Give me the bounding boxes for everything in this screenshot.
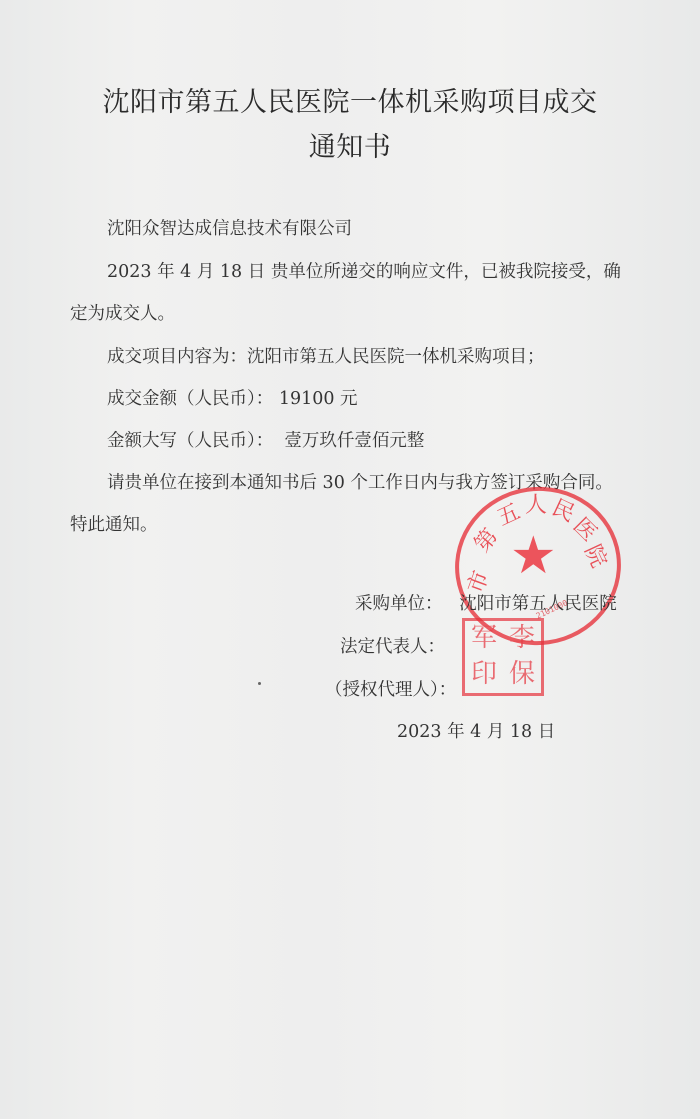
project-content: 成交项目内容为：沈阳市第五人民医院一体机采购项目； xyxy=(107,343,545,368)
seal-square-char: 军 xyxy=(465,621,503,657)
purchaser-row: 采购单位： 沈阳市第五人民医院 xyxy=(355,590,617,615)
agent-label: （授权代理人）： xyxy=(325,676,456,701)
paragraph1-line1: 2023 年 4 月 18 日 贵单位所递交的响应文件，已被我院接受，确 xyxy=(107,258,621,283)
signature-date: 2023 年 4 月 18 日 xyxy=(397,718,555,743)
speck xyxy=(258,682,261,685)
recipient-name: 沈阳众智达成信息技术有限公司 xyxy=(107,215,352,240)
paragraph1-line2: 定为成交人。 xyxy=(70,300,175,325)
seal-star-icon: ★ xyxy=(510,530,557,582)
document-title-line1: 沈阳市第五人民医院一体机采购项目成交 xyxy=(0,80,700,119)
amount-label: 成交金额（人民币）： xyxy=(107,389,273,409)
document-title-line2: 通知书 xyxy=(0,125,700,164)
closing-text: 特此通知。 xyxy=(70,511,158,536)
purchaser-value: 沈阳市第五人民医院 xyxy=(459,594,617,614)
legal-rep-label: 法定代表人： xyxy=(340,633,445,658)
amount-words-label: 金额大写（人民币）： xyxy=(107,431,273,451)
seal-square-char: 保 xyxy=(503,657,541,693)
seal-square-char: 李 xyxy=(503,621,541,657)
document-page: 沈阳市第五人民医院一体机采购项目成交 通知书 沈阳众智达成信息技术有限公司 20… xyxy=(0,0,700,1119)
purchaser-label: 采购单位： xyxy=(355,594,443,614)
project-content-label: 成交项目内容为： xyxy=(107,347,247,367)
amount-words-value: 壹万玖仟壹佰元整 xyxy=(284,431,424,451)
seal-char: 人 xyxy=(525,488,547,519)
amount-row: 成交金额（人民币）： 19100 元 xyxy=(107,385,358,410)
amount-value: 19100 元 xyxy=(279,389,358,409)
amount-words-row: 金额大写（人民币）： 壹万玖仟壹佰元整 xyxy=(107,427,424,452)
project-content-value: 沈阳市第五人民医院一体机采购项目； xyxy=(247,347,545,367)
seal-square-char: 印 xyxy=(465,657,503,693)
personal-square-seal: 军 李 印 保 xyxy=(462,618,544,696)
